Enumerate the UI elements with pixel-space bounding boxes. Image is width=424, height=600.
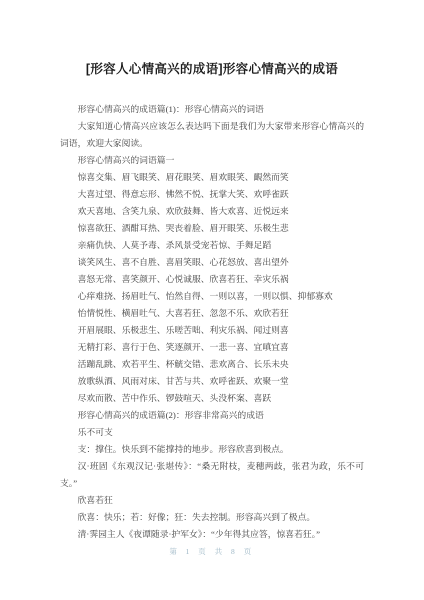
page-number-footer: 第 1 页 共 8 页 — [0, 546, 424, 557]
paragraph: 形容心情高兴的成语篇(2)：形容非常高兴的成语 — [60, 407, 364, 424]
paragraph: 谈笑风生、喜不自胜、喜眉笑眼、心花怒放、喜出望外 — [60, 254, 364, 271]
paragraph: 汉·班固《东观汉记·张堪传》：“桑无附枝，麦穗两歧，张君为政，乐不可支。” — [60, 458, 364, 492]
paragraph: 喜怒无常、喜笑颜开、心悦诚服、欣喜若狂、幸灾乐祸 — [60, 271, 364, 288]
paragraph: 形容心情高兴的成语篇(1)：形容心情高兴的词语 — [60, 101, 364, 118]
paragraph: 惊喜欲狂、酒酣耳热、哭丧着脸、眉开眼笑、乐极生悲 — [60, 220, 364, 237]
paragraph: 欢天喜地、含笑九泉、欢欣鼓舞、皆大欢喜、近悦远来 — [60, 203, 364, 220]
paragraph: 清·霁园主人《夜谭随录·护军女》：“少年得其应答，惊喜若狂。” — [60, 526, 364, 543]
paragraph: 尽欢而散、苦中作乐、锣鼓喧天、头没杯案、喜跃 — [60, 390, 364, 407]
paragraph: 心痒难挠、扬眉吐气、怡然自得、一则以喜，一则以惧、抑郁寡欢 — [60, 288, 364, 305]
paragraph: 亲痛仇快、人莫予毒、杀风景受宠若惊、手舞足蹈 — [60, 237, 364, 254]
paragraph: 欣喜：快乐；若：好像；狂：失去控制。形容高兴到了极点。 — [60, 509, 364, 526]
paragraph: 活蹦乱跳、欢若平生、杯觥交错、悲欢离合、长乐未央 — [60, 356, 364, 373]
document-title: [形容人心情高兴的成语]形容心情高兴的成语 — [28, 61, 396, 77]
paragraph: 形容心情高兴的词语篇一 — [60, 152, 364, 169]
paragraph: 放歌纵酒、风雨对床、甘苦与共、欢呼雀跃、欢聚一堂 — [60, 373, 364, 390]
paragraph: 开眉展眼、乐极悲生、乐嗟苦咄、利灾乐祸、闻过则喜 — [60, 322, 364, 339]
paragraph: 支：撑住。快乐到不能撑持的地步。形容欣喜到极点。 — [60, 441, 364, 458]
paragraph: 无精打彩、喜行于色、笑逐颜开、一悲一喜、宜嗔宜喜 — [60, 339, 364, 356]
paragraph: 大家知道心情高兴应该怎么表达吗下面是我们为大家带来形容心情高兴的词语，欢迎大家阅… — [60, 118, 364, 152]
paragraph: 欣喜若狂 — [60, 492, 364, 509]
paragraph: 惊喜交集、眉飞眼笑、眉花眼笑、眉欢眼笑、靦然而笑 — [60, 169, 364, 186]
document-body: 形容心情高兴的成语篇(1)：形容心情高兴的词语大家知道心情高兴应该怎么表达吗下面… — [60, 101, 364, 543]
paragraph: 大喜过望、得意忘形、怫然不悦、抚掌大笑、欢呼雀跃 — [60, 186, 364, 203]
paragraph: 乐不可支 — [60, 424, 364, 441]
document-page: [形容人心情高兴的成语]形容心情高兴的成语 形容心情高兴的成语篇(1)：形容心情… — [0, 0, 424, 600]
paragraph: 怡情悦性、横眉吐气、大喜若狂、忽忽不乐、欢欣若狂 — [60, 305, 364, 322]
